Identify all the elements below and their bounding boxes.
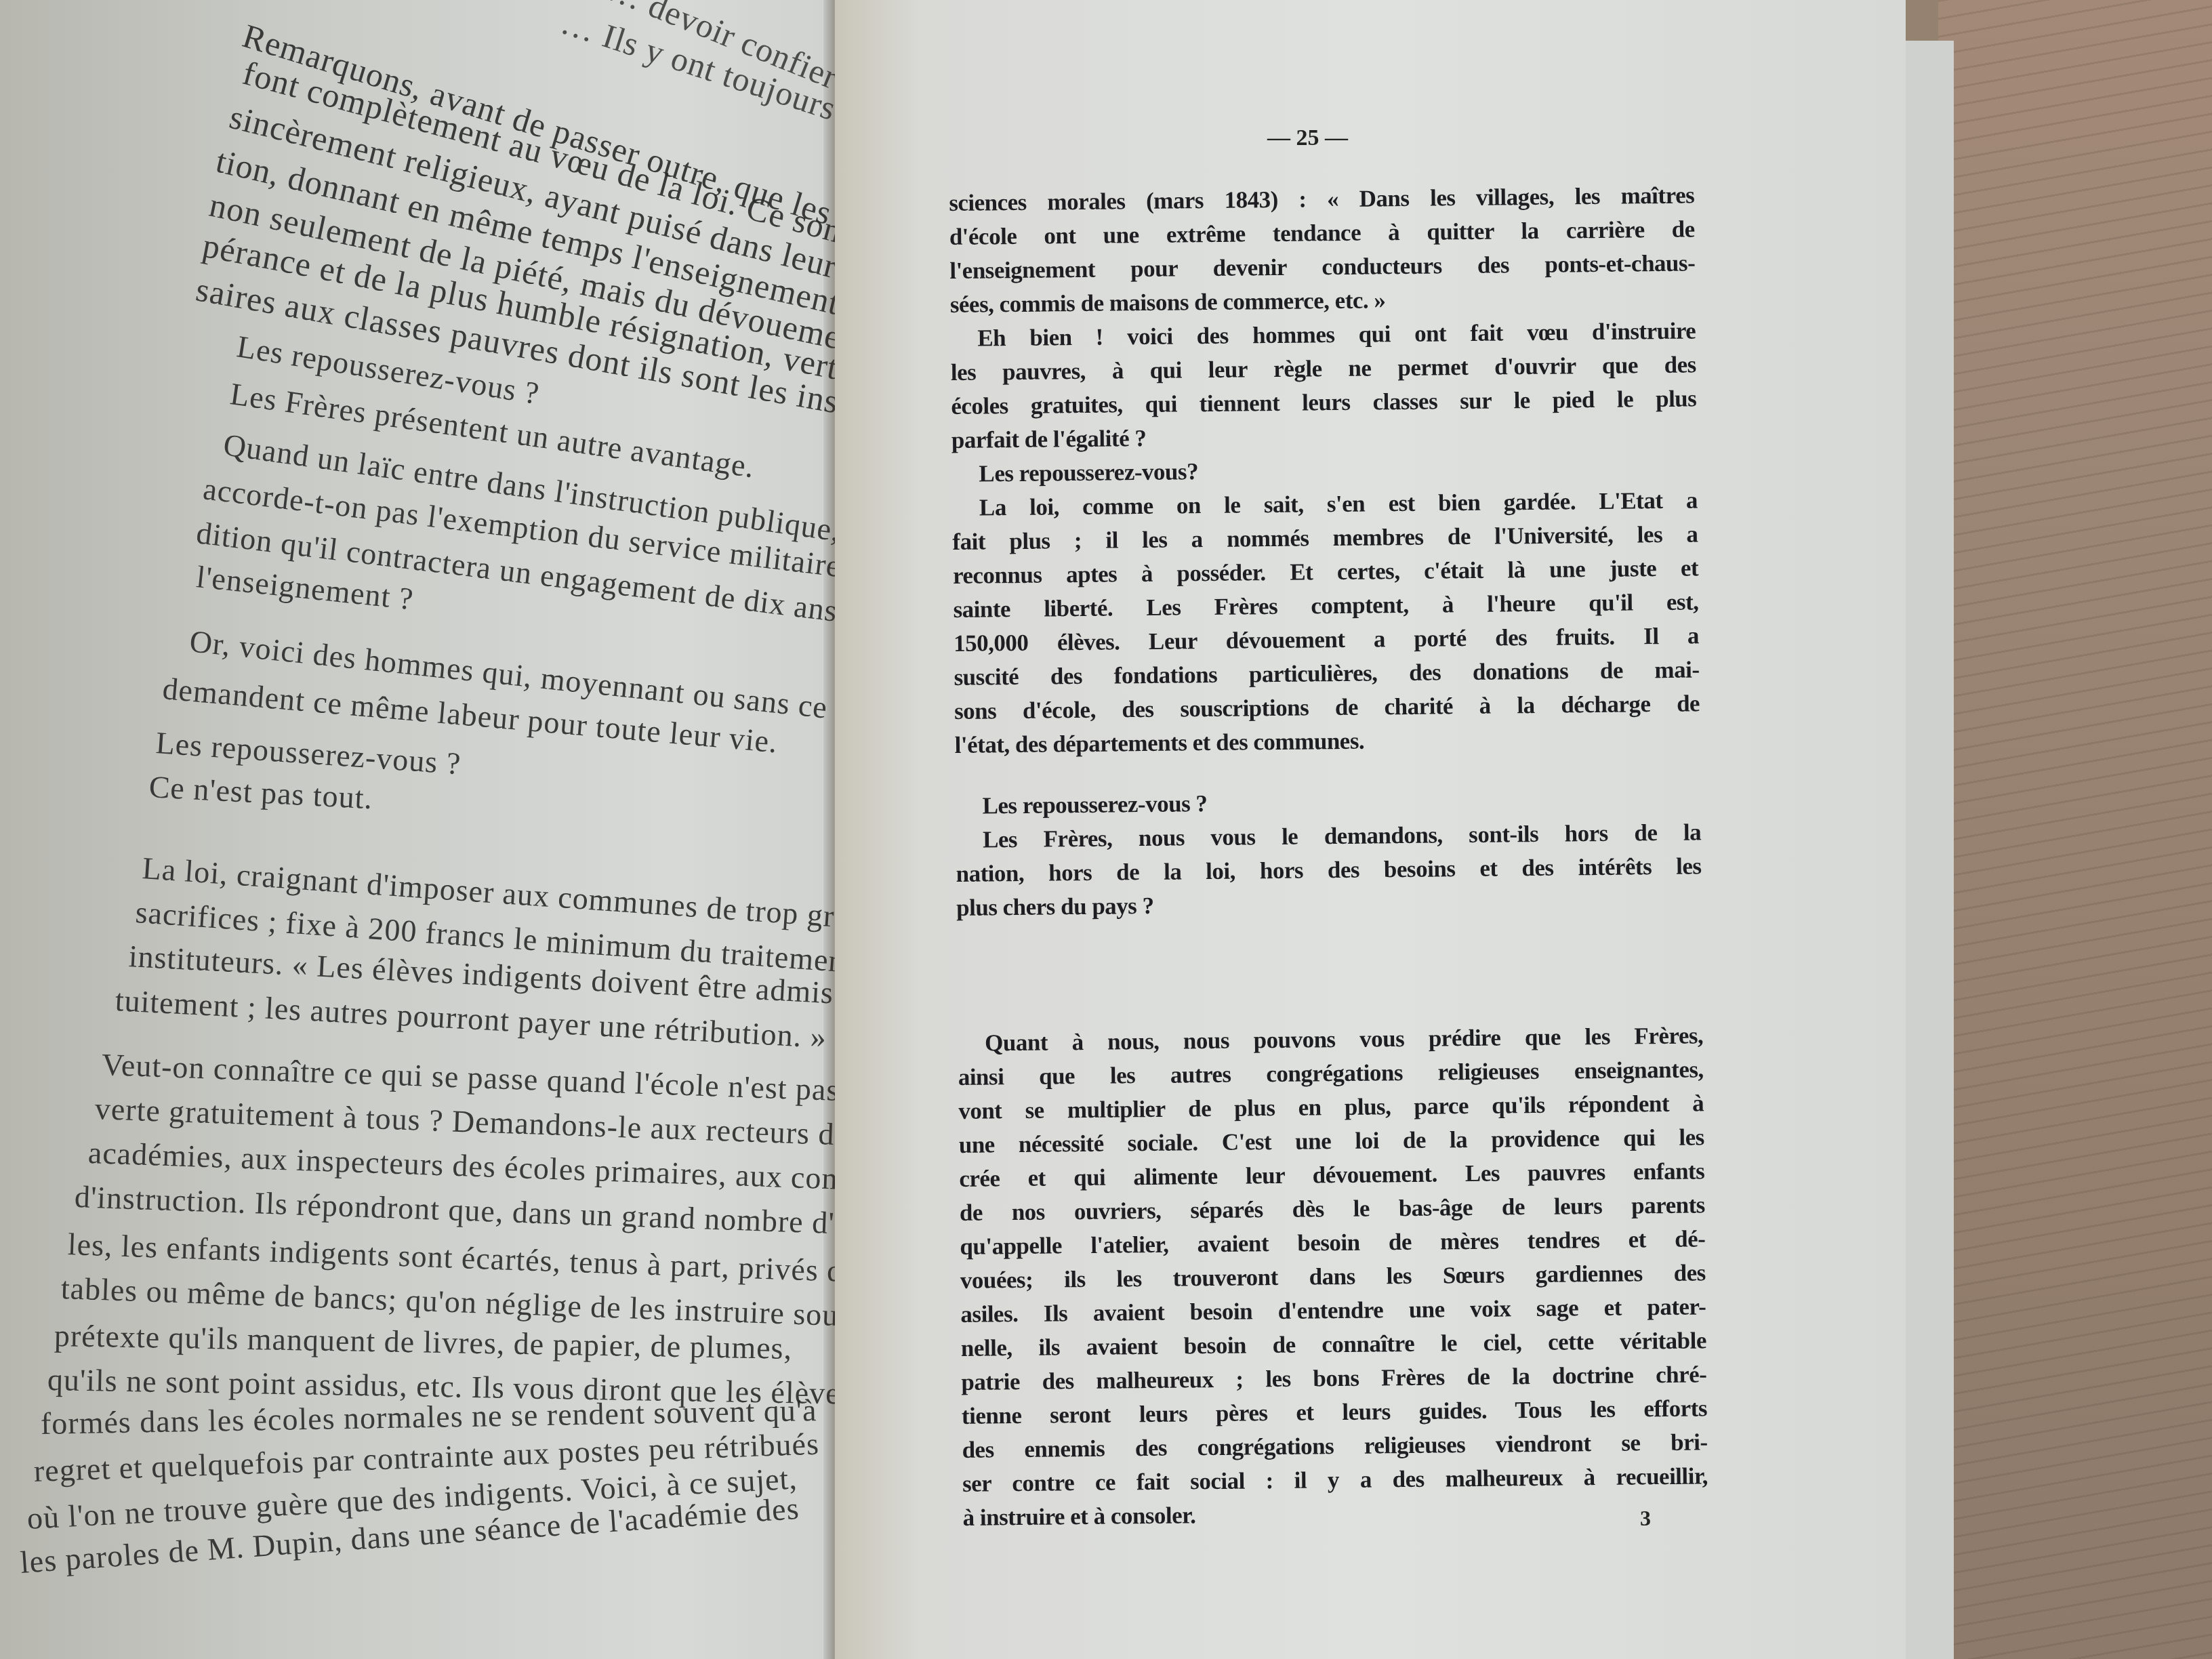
paragraph: sciences morales (mars 1843) : « Dans le…	[949, 178, 1696, 322]
paragraph: La loi, comme on le sait, s'en est bien …	[952, 483, 1700, 762]
paragraph: Eh bien ! voici des hommes qui ont fait …	[950, 314, 1697, 457]
paragraph: Quant à nous, nous pouvons vous prédire …	[958, 1019, 1708, 1534]
left-page: … devoir confier aux Frères la direc-… I…	[0, 0, 844, 1659]
signature-mark: 3	[1640, 1506, 1651, 1531]
paragraph: Les Frères, nous vous le demandons, sont…	[956, 815, 1702, 925]
open-book: … devoir confier aux Frères la direc-… I…	[0, 0, 2212, 1659]
page-number: — 25 —	[1267, 125, 1348, 151]
right-page-text: sciences morales (mars 1843) : « Dans le…	[949, 178, 1708, 1534]
underlying-page-edge	[1898, 41, 1954, 1659]
paragraph-gap	[956, 917, 1703, 1027]
